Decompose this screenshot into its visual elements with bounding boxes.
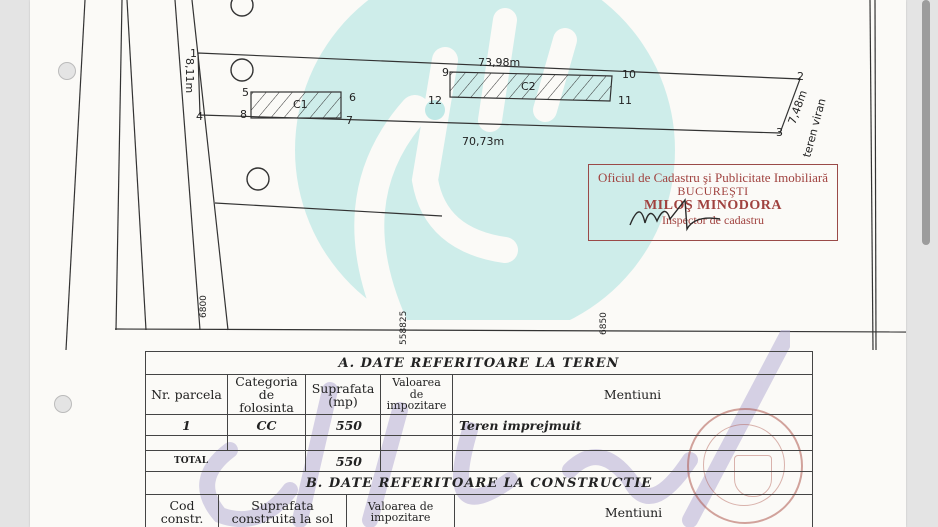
table-row: 1 CC 550 Teren imprejmuit: [146, 415, 813, 436]
stamp-office: Oficiul de Cadastru şi Publicitate Imobi…: [589, 171, 837, 185]
document-viewer: 1 2 3 4 5 6 7 8 9 10 11 12 C1 C2 73,98m …: [0, 0, 938, 527]
table-row: [146, 436, 813, 451]
svg-text:8,11m: 8,11m: [183, 58, 196, 93]
cell-nr: 1: [146, 415, 228, 436]
svg-text:11: 11: [618, 94, 632, 107]
vertical-scrollbar[interactable]: [922, 0, 930, 245]
col-cod-constr: Cod constr.: [146, 495, 219, 527]
svg-text:3: 3: [776, 126, 783, 139]
total-value: 550: [306, 451, 381, 472]
cell-valoare: [381, 415, 453, 436]
section-a-table: A. DATE REFERITOARE LA TEREN Nr. parcela…: [145, 351, 813, 472]
svg-text:6850: 6850: [599, 312, 609, 335]
scanned-page: 1 2 3 4 5 6 7 8 9 10 11 12 C1 C2 73,98m …: [30, 0, 906, 527]
section-b-table: B. DATE REFERITOARE LA CONSTRUCTIE Cod c…: [145, 471, 813, 527]
svg-text:6800: 6800: [199, 295, 209, 318]
cell-suprafata: 550: [306, 415, 381, 436]
svg-text:70,73m: 70,73m: [462, 135, 504, 148]
svg-text:7: 7: [346, 114, 353, 127]
col-mentiuni: Mentiuni: [453, 375, 813, 415]
svg-text:2: 2: [797, 70, 804, 83]
total-label: TOTAL: [146, 451, 306, 472]
punch-hole: [58, 62, 76, 80]
col-valoare: Valoarea de impozitare: [381, 375, 453, 415]
col-valoare-b: Valoarea de impozitare: [347, 495, 455, 527]
data-tables: A. DATE REFERITOARE LA TEREN Nr. parcela…: [145, 351, 813, 527]
section-a-title: A. DATE REFERITOARE LA TEREN: [146, 352, 813, 375]
svg-text:9: 9: [442, 66, 449, 79]
section-b-title: B. DATE REFERITOARE LA CONSTRUCTIE: [146, 472, 813, 495]
svg-text:5: 5: [242, 86, 249, 99]
svg-text:10: 10: [622, 68, 636, 81]
punch-hole: [54, 395, 72, 413]
col-suprafata: Suprafata (mp): [306, 375, 381, 415]
cell-categoria: CC: [228, 415, 306, 436]
svg-text:6: 6: [349, 91, 356, 104]
col-suprafata-sol: Suprafata construita la sol: [219, 495, 347, 527]
svg-text:558825: 558825: [399, 311, 409, 345]
col-mentiuni-b: Mentiuni: [455, 495, 813, 527]
svg-text:C2: C2: [521, 80, 536, 93]
svg-text:C1: C1: [293, 98, 308, 111]
cell-mentiuni: Teren imprejmuit: [453, 415, 813, 436]
col-categoria: Categoria de folosinta: [228, 375, 306, 415]
signature-icon: [625, 195, 735, 235]
col-nr-parcela: Nr. parcela: [146, 375, 228, 415]
svg-text:12: 12: [428, 94, 442, 107]
svg-text:4: 4: [196, 110, 203, 123]
total-row: TOTAL 550: [146, 451, 813, 472]
svg-text:8: 8: [240, 108, 247, 121]
svg-text:73,98m: 73,98m: [478, 56, 520, 69]
